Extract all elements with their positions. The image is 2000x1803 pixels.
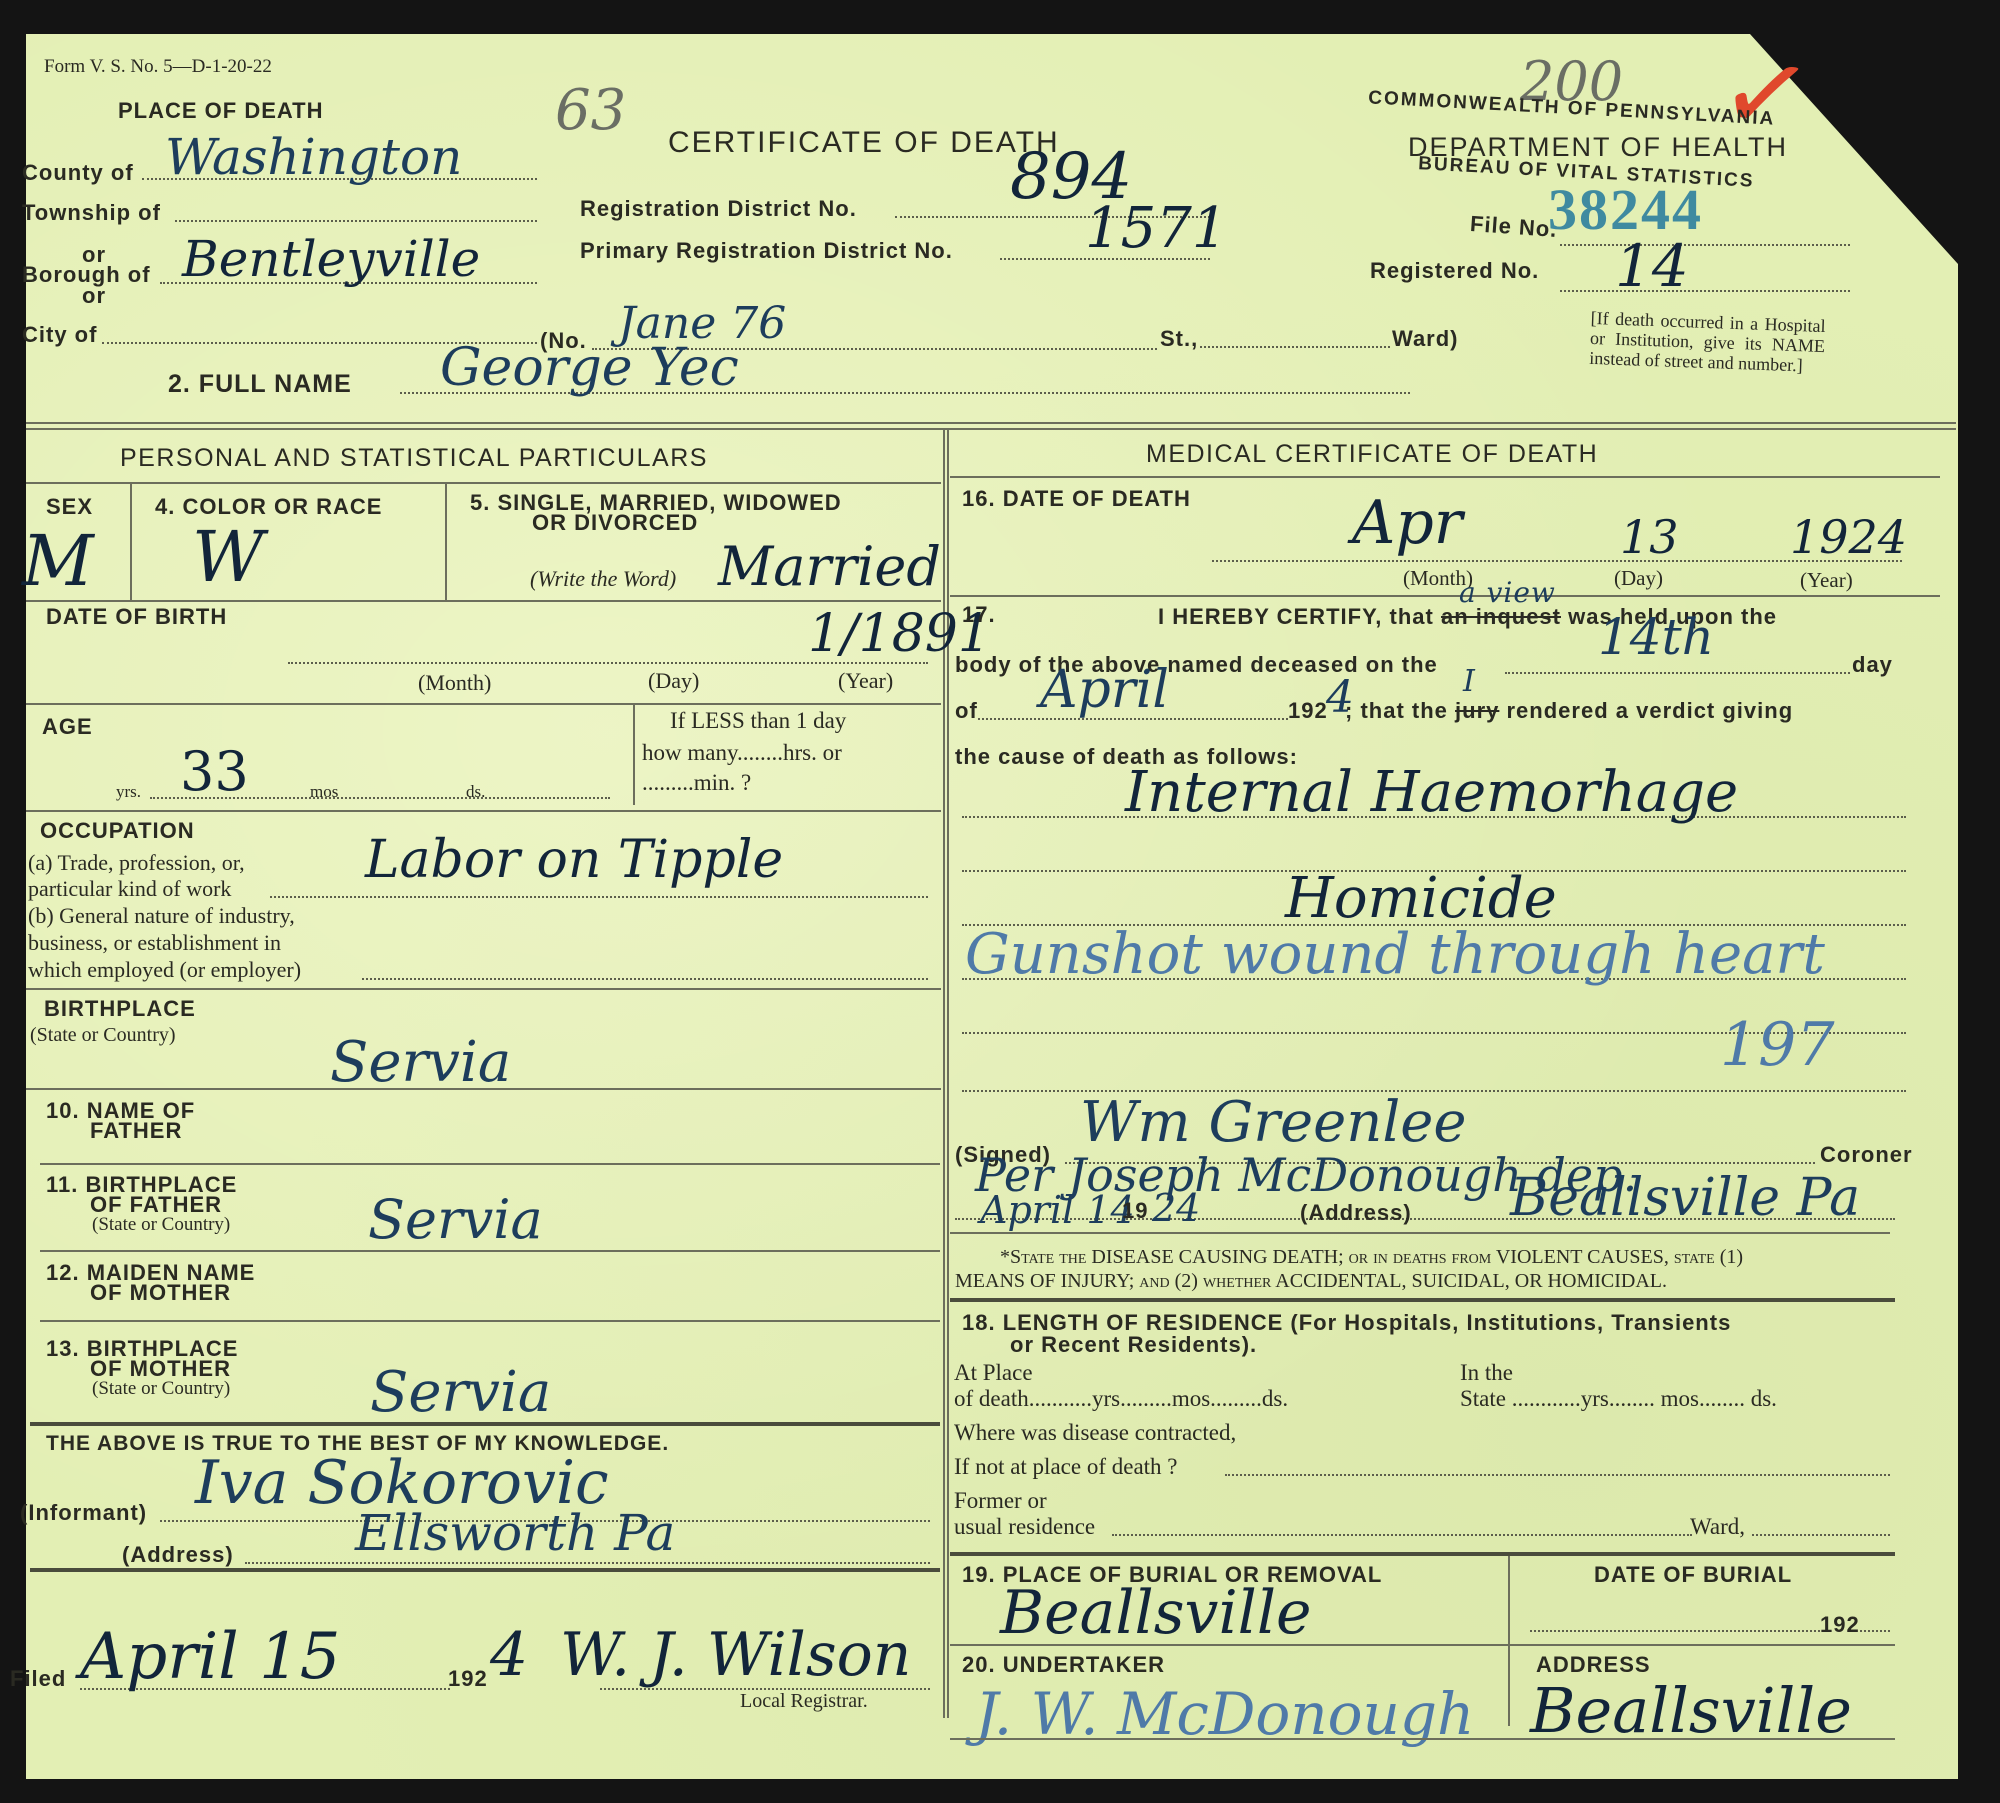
registered-no-label: Registered No.	[1370, 258, 1539, 284]
age-yrs-label: yrs.	[116, 782, 141, 802]
divider	[40, 1250, 940, 1252]
age-value: 33	[180, 740, 249, 803]
occupation-b-1: (b) General nature of industry,	[28, 903, 295, 929]
dod-day: 13	[1620, 510, 1679, 564]
filed-date-value: April 15	[80, 1620, 341, 1694]
coroner-address-label: (Address)	[1300, 1200, 1412, 1226]
race-value: W	[192, 516, 264, 598]
inserted-i: I	[1463, 664, 1476, 699]
personal-heading: PERSONAL AND STATISTICAL PARTICULARS	[120, 444, 708, 473]
divider	[26, 810, 941, 812]
dob-year-caption: (Year)	[838, 668, 893, 694]
undertaker-address-value: Beallsville	[1530, 1674, 1852, 1747]
dob-day-caption: (Day)	[648, 668, 699, 694]
medical-heading: MEDICAL CERTIFICATE OF DEATH	[1146, 440, 1598, 469]
sex-value: M	[22, 520, 94, 602]
burial-year-prefix: 192	[1820, 1612, 1860, 1638]
age-label: AGE	[42, 714, 93, 740]
divider	[26, 988, 941, 990]
divider	[950, 1644, 1895, 1646]
file-no-line	[1560, 244, 1850, 246]
birthplace-label: BIRTHPLACE	[44, 996, 196, 1022]
registrar-label: Local Registrar.	[740, 1690, 868, 1713]
divider	[950, 1298, 1895, 1302]
dod-year-caption: (Year)	[1800, 568, 1853, 593]
or-label-2: or	[82, 283, 106, 309]
borough-value: Bentleyville	[182, 230, 480, 288]
inquest-month: April	[1040, 660, 1169, 720]
divider	[26, 1088, 941, 1090]
ward-label: Ward)	[1392, 326, 1459, 352]
marital-hint: (Write the Word)	[530, 566, 676, 592]
occupation-b-2: business, or establishment in	[28, 930, 281, 956]
divider	[633, 705, 635, 805]
inquest-day: 14th	[1598, 608, 1714, 666]
father-name-label-2: FATHER	[90, 1118, 182, 1144]
divider	[26, 428, 1956, 430]
at-place-label-1: At Place	[954, 1360, 1033, 1386]
filed-label: Filed	[10, 1666, 66, 1692]
age-ds-label: ds.	[466, 782, 485, 802]
certify-text-3b: rendered a verdict giving	[1507, 698, 1794, 723]
divider	[26, 482, 941, 484]
undertaker-label: 20. UNDERTAKER	[962, 1652, 1165, 1678]
certify-text-3: ; that the	[1345, 698, 1448, 723]
place-of-death-heading: PLACE OF DEATH	[118, 98, 323, 124]
filed-year-suffix: 4	[490, 1620, 528, 1690]
disease-contracted-2: If not at place of death ?	[954, 1454, 1178, 1480]
dob-label: DATE OF BIRTH	[46, 604, 227, 630]
informant-label: (Informant)	[20, 1500, 147, 1526]
primary-district-value: 1571	[1085, 196, 1228, 261]
signed-year-prefix: 19	[1122, 1198, 1148, 1224]
divider	[30, 1568, 940, 1572]
in-state-label-1: In the	[1460, 1360, 1513, 1386]
divider	[1508, 1556, 1510, 1726]
signed-date: April 14	[980, 1188, 1135, 1232]
former-residence-line	[1112, 1534, 1692, 1536]
city-label: City of	[22, 322, 97, 348]
township-label: Township of	[22, 200, 161, 226]
former-ward-line	[1752, 1534, 1890, 1536]
less-than-day-2: how many........hrs. or	[642, 740, 842, 766]
dod-label: 16. DATE OF DEATH	[962, 486, 1191, 512]
sex-label: SEX	[46, 494, 93, 520]
former-residence-2: usual residence	[954, 1514, 1095, 1540]
divider	[950, 1232, 1890, 1234]
divider	[26, 600, 941, 602]
certify-of-label: of	[955, 698, 978, 724]
county-label: County of	[22, 160, 134, 186]
form-number: Form V. S. No. 5—D-1-20-22	[44, 56, 272, 78]
birthplace-value: Servia	[330, 1030, 511, 1095]
divider	[40, 1320, 940, 1322]
hospital-note: [If death occurred in a Hospital or Inst…	[1589, 308, 1826, 376]
burial-year-line	[1860, 1630, 1890, 1632]
item17-number: 17.	[962, 602, 996, 628]
former-residence-1: Former or	[954, 1488, 1047, 1514]
burial-date-line	[1530, 1630, 1820, 1632]
marital-value: Married	[718, 535, 941, 598]
occupation-b-line	[362, 978, 928, 980]
registered-no-value: 14	[1615, 232, 1689, 300]
occupation-value: Labor on Tipple	[365, 830, 783, 890]
coroner-signature: Wm Greenlee	[1080, 1090, 1467, 1155]
divider	[26, 422, 1956, 424]
dob-month-caption: (Month)	[418, 670, 491, 696]
ward-line	[1200, 346, 1390, 348]
divider	[950, 476, 1940, 478]
certify-line-3: ; that the jury I rendered a verdict giv…	[1345, 698, 1793, 724]
cause-of-death-3: Gunshot wound through heart	[965, 922, 1825, 987]
disease-contracted-1: Where was disease contracted,	[954, 1420, 1236, 1446]
coroner-label: Coroner	[1820, 1142, 1913, 1168]
county-value: Washington	[165, 128, 462, 186]
divider	[26, 703, 941, 705]
full-name-value: George Yec	[440, 338, 739, 398]
inquest-day-line	[1505, 672, 1850, 674]
father-birthplace-hint: (State or Country)	[92, 1214, 230, 1236]
occupation-a-line	[270, 896, 928, 898]
struck-jury: jury	[1455, 698, 1499, 723]
cause-of-death-1: Internal Haemorhage	[1125, 760, 1738, 825]
primary-district-label: Primary Registration District No.	[580, 238, 953, 264]
divider	[950, 1552, 1895, 1556]
street-label: St.,	[1160, 326, 1198, 352]
occupation-b-3: which employed (or employer)	[28, 957, 301, 983]
divider	[445, 484, 447, 601]
mother-birthplace-hint: (State or Country)	[92, 1378, 230, 1400]
inserted-view: a view	[1459, 576, 1556, 609]
burial-place-value: Beallsville	[1000, 1578, 1312, 1648]
dod-day-caption: (Day)	[1614, 566, 1663, 591]
mother-birthplace-value: Servia	[370, 1360, 551, 1425]
former-ward-label: Ward,	[1690, 1514, 1745, 1540]
birthplace-hint: (State or Country)	[30, 1024, 176, 1047]
certify-day-label: day	[1852, 652, 1893, 678]
full-name-label: 2. FULL NAME	[168, 370, 352, 399]
coroner-address-value: Beallsville Pa	[1510, 1168, 1860, 1228]
signed-year-suffix: 24	[1152, 1186, 1200, 1230]
in-state-label-2: State ............yrs........ mos.......…	[1460, 1386, 1777, 1412]
divider	[950, 1738, 1895, 1740]
residence-label-2: or Recent Residents).	[1010, 1332, 1257, 1358]
divider	[950, 595, 1940, 597]
registration-district-label: Registration District No.	[580, 196, 857, 222]
less-than-day-3: .........min. ?	[642, 770, 751, 796]
pencil-note-left: 63	[555, 78, 626, 143]
burial-date-label: DATE OF BURIAL	[1594, 1562, 1792, 1588]
dod-year: 1924	[1790, 510, 1907, 564]
informant-address-label: (Address)	[122, 1542, 234, 1568]
filed-year-prefix: 192	[448, 1666, 488, 1692]
mother-maiden-label-2: OF MOTHER	[90, 1280, 231, 1306]
occupation-a-2: particular kind of work	[28, 876, 231, 902]
divider	[30, 1422, 940, 1426]
divider	[130, 484, 132, 601]
informant-address-line	[245, 1562, 930, 1564]
certify-text-1: I HEREBY CERTIFY, that	[1158, 604, 1434, 629]
footnote-2: MEANS OF INJURY; and (2) whether ACCIDEN…	[955, 1270, 1667, 1293]
race-label: 4. COLOR OR RACE	[155, 494, 382, 520]
occupation-a-1: (a) Trade, profession, or,	[28, 850, 245, 876]
father-birthplace-value: Servia	[368, 1188, 543, 1251]
less-than-day-1: If LESS than 1 day	[670, 708, 846, 734]
certify-line-2: body of the above named deceased on the	[955, 652, 1438, 678]
age-mos-label: mos	[310, 782, 338, 802]
footnote-1: *State the DISEASE CAUSING DEATH; or in …	[1000, 1246, 1743, 1269]
occupation-label: OCCUPATION	[40, 818, 195, 844]
at-place-label-2: of death...........yrs.........mos......…	[954, 1386, 1288, 1412]
divider	[40, 1163, 940, 1165]
certificate-title: CERTIFICATE OF DEATH	[668, 126, 1060, 160]
registrar-signature: W. J. Wilson	[560, 1620, 911, 1690]
marital-label-2: OR DIVORCED	[532, 510, 698, 536]
informant-address-value: Ellsworth Pa	[355, 1504, 675, 1562]
disease-contracted-line	[1225, 1474, 1890, 1476]
dod-month: Apr	[1352, 488, 1462, 558]
cause-of-death-4: 197	[1720, 1010, 1835, 1080]
inquest-year-prefix: 192	[1288, 698, 1328, 724]
township-line	[175, 220, 537, 222]
registered-no-line	[1560, 290, 1850, 292]
